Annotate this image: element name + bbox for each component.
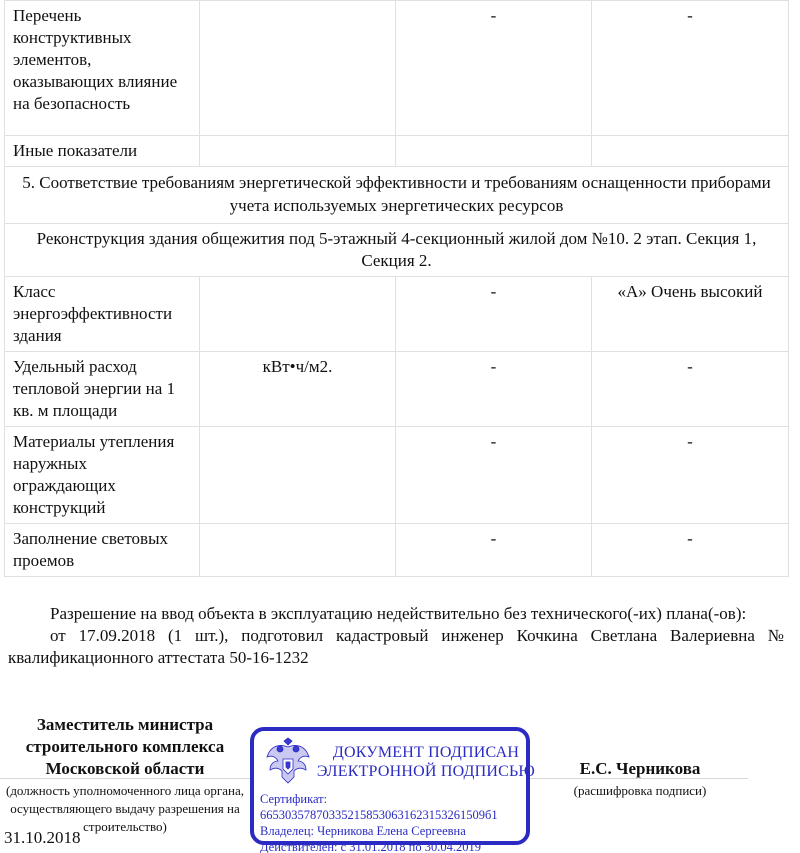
row-unit — [200, 277, 396, 352]
signature-date: 31.10.2018 — [4, 828, 81, 848]
table-row: Заполнение световых проемов - - — [5, 524, 789, 577]
row-actual-value: «А» Очень высокий — [592, 277, 789, 352]
certificate-validity: Действителен: с 31.01.2018 по 30.04.2019 — [260, 839, 498, 853]
permit-indicators-table: Перечень конструктивных элементов, оказы… — [4, 0, 789, 577]
row-design-value: - — [396, 427, 592, 524]
row-actual-value: - — [592, 352, 789, 427]
row-label: Материалы утепления наружных ограждающих… — [5, 427, 200, 524]
table-row: Класс энергоэффективности здания - «А» О… — [5, 277, 789, 352]
row-design-value — [396, 136, 592, 167]
row-actual-value — [592, 136, 789, 167]
signatory-name-caption: (расшифровка подписи) — [560, 782, 720, 800]
row-label: Класс энергоэффективности здания — [5, 277, 200, 352]
certificate-label: Сертификат: — [260, 791, 498, 807]
row-unit — [200, 524, 396, 577]
row-label: Удельный расход тепловой энергии на 1 кв… — [5, 352, 200, 427]
row-actual-value: - — [592, 524, 789, 577]
technical-plan-note: Разрешение на ввод объекта в эксплуатаци… — [8, 603, 784, 669]
subsection-row: Реконструкция здания общежития под 5-эта… — [5, 224, 789, 277]
signatory-position: Заместитель министра строительного компл… — [0, 714, 250, 780]
row-actual-value: - — [592, 427, 789, 524]
row-design-value: - — [396, 524, 592, 577]
row-label: Заполнение световых проемов — [5, 524, 200, 577]
section-heading: 5. Соответствие требованиям энергетическ… — [5, 167, 789, 224]
row-label: Перечень конструктивных элементов, оказы… — [5, 1, 200, 136]
row-actual-value: - — [592, 1, 789, 136]
table-row: Перечень конструктивных элементов, оказы… — [5, 1, 789, 136]
section-row: 5. Соответствие требованиям энергетическ… — [5, 167, 789, 224]
stamp-title: ДОКУМЕНТ ПОДПИСАН ЭЛЕКТРОННОЙ ПОДПИСЬЮ — [316, 743, 536, 781]
signatory-name: Е.С. Черникова — [560, 758, 720, 780]
row-unit — [200, 427, 396, 524]
electronic-signature-stamp: ДОКУМЕНТ ПОДПИСАН ЭЛЕКТРОННОЙ ПОДПИСЬЮ С… — [250, 727, 530, 845]
row-unit — [200, 136, 396, 167]
row-design-value: - — [396, 352, 592, 427]
row-label: Иные показатели — [5, 136, 200, 167]
russian-coat-of-arms-icon — [264, 737, 312, 785]
table-row: Удельный расход тепловой энергии на 1 кв… — [5, 352, 789, 427]
row-design-value: - — [396, 1, 592, 136]
certificate-number: 665303578703352158530631623153261509б1 — [260, 807, 498, 823]
note-paragraph: от 17.09.2018 (1 шт.), подготовил кадаст… — [8, 625, 784, 669]
table-row: Иные показатели — [5, 136, 789, 167]
certificate-owner: Владелец: Черникова Елена Сергеевна — [260, 823, 498, 839]
signatory-name-block: Е.С. Черникова (расшифровка подписи) — [560, 758, 720, 800]
table-row: Материалы утепления наружных ограждающих… — [5, 427, 789, 524]
note-paragraph: Разрешение на ввод объекта в эксплуатаци… — [8, 603, 784, 625]
row-unit: кВт•ч/м2. — [200, 352, 396, 427]
subsection-heading: Реконструкция здания общежития под 5-эта… — [5, 224, 789, 277]
row-unit — [200, 1, 396, 136]
signatory-position-block: Заместитель министра строительного компл… — [0, 714, 250, 836]
row-design-value: - — [396, 277, 592, 352]
stamp-details: Сертификат: 6653035787033521585306316231… — [260, 791, 498, 853]
